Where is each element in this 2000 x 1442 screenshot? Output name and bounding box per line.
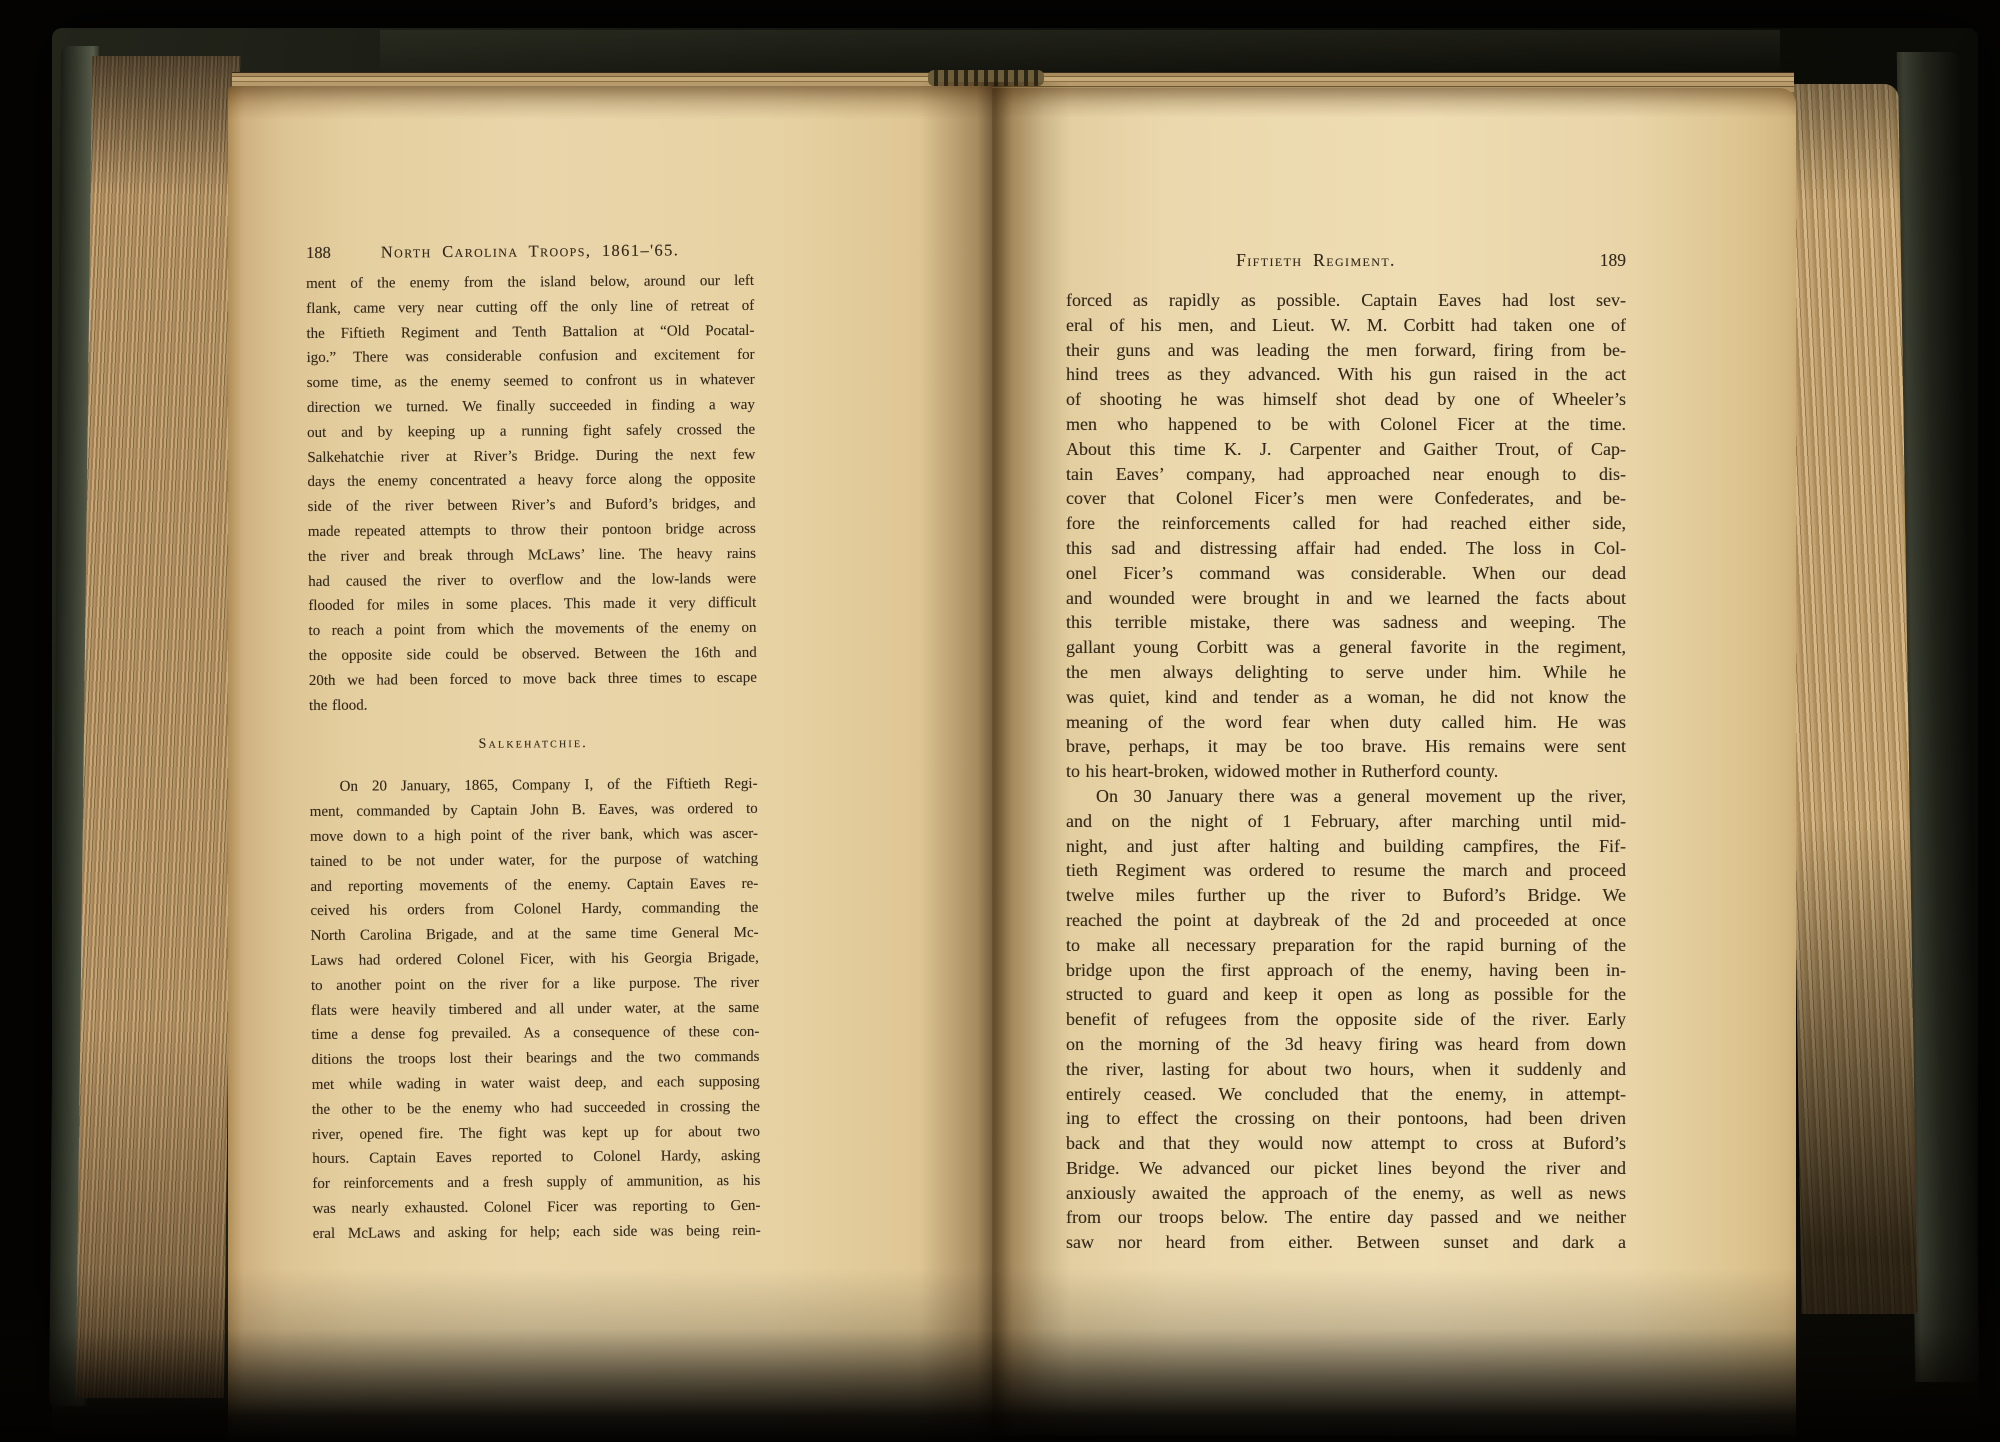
text-line: bridge upon the first approach of the en…: [1066, 958, 1626, 983]
left-running-header: 188 North Carolina Troops, 1861–'65.: [306, 240, 754, 267]
text-line: the flood.: [309, 690, 757, 718]
text-line: direction we turned. We finally succeede…: [307, 393, 755, 421]
text-line: night, and just after halting and buildi…: [1066, 834, 1626, 859]
right-page-body: forced as rapidly as possible. Captain E…: [1066, 288, 1626, 1255]
text-line: reached the point at daybreak of the 2d …: [1066, 908, 1626, 933]
text-line: hours. Captain Eaves reported to Colonel…: [312, 1144, 760, 1172]
text-line: 20th we had been forced to move back thr…: [309, 666, 757, 694]
text-line: On 20 January, 1865, Company I, of the F…: [310, 772, 758, 800]
text-line: ment, commanded by Captain John B. Eaves…: [310, 797, 758, 825]
text-line: About this time K. J. Carpenter and Gait…: [1066, 437, 1626, 462]
text-line: the opposite side could be observed. Bet…: [309, 641, 757, 669]
page-edges-left: [76, 56, 240, 1398]
paragraph: On 30 January there was a general moveme…: [1066, 784, 1626, 1255]
text-line: time a dense fog prevailed. As a consequ…: [311, 1020, 759, 1048]
text-line: the men always delighting to serve under…: [1066, 660, 1626, 685]
text-line: and wounded were brought in and we learn…: [1066, 586, 1626, 611]
text-line: the river, lasting for about two hours, …: [1066, 1057, 1626, 1082]
text-line: twelve miles further up the river to Buf…: [1066, 883, 1626, 908]
text-line: was quiet, kind and tender as a woman, h…: [1066, 685, 1626, 710]
text-line: made repeated attempts to throw their po…: [308, 517, 756, 545]
text-line: Salkehatchie river at River’s Bridge. Du…: [307, 442, 755, 470]
text-line: was nearly exhausted. Colonel Ficer was …: [312, 1194, 760, 1222]
left-page-body: ment of the enemy from the island below,…: [306, 269, 761, 1247]
text-line: ment of the enemy from the island below,…: [306, 269, 754, 297]
bottom-shadow: [0, 1268, 2000, 1442]
text-line: igo.” There was considerable confusion a…: [307, 343, 755, 371]
text-line: their guns and was leading the men forwa…: [1066, 338, 1626, 363]
text-line: this sad and distressing affair had ende…: [1066, 536, 1626, 561]
text-line: out and by keeping up a running fight sa…: [307, 418, 755, 446]
text-line: met while wading in water waist deep, an…: [312, 1070, 760, 1098]
right-header-title: Fiftieth Regiment.: [1066, 250, 1566, 271]
text-line: fore the reinforcements called for had r…: [1066, 511, 1626, 536]
text-line: brave, perhaps, it may be too brave. His…: [1066, 734, 1626, 759]
left-header-title: North Carolina Troops, 1861–'65.: [306, 240, 754, 263]
text-line: structed to guard and keep it open as lo…: [1066, 982, 1626, 1007]
text-line: the river and break through McLaws’ line…: [308, 542, 756, 570]
text-line: meaning of the word fear when duty calle…: [1066, 710, 1626, 735]
text-line: river, opened fire. The fight was kept u…: [312, 1119, 760, 1147]
text-line: of shooting he was himself shot dead by …: [1066, 387, 1626, 412]
text-line: flank, came very near cutting off the on…: [306, 294, 754, 322]
text-line: onel Ficer’s command was considerable. W…: [1066, 561, 1626, 586]
text-line: to make all necessary preparation for th…: [1066, 933, 1626, 958]
text-line: ceived his orders from Colonel Hardy, co…: [310, 896, 758, 924]
text-line: from our troops below. The entire day pa…: [1066, 1205, 1626, 1230]
text-line: to reach a point from which the movement…: [308, 616, 756, 644]
paragraph: forced as rapidly as possible. Captain E…: [1066, 288, 1626, 784]
text-line: men who happened to be with Colonel Fice…: [1066, 412, 1626, 437]
text-line: Laws had ordered Colonel Ficer, with his…: [311, 946, 759, 974]
text-line: benefit of refugees from the opposite si…: [1066, 1007, 1626, 1032]
text-line: cover that Colonel Ficer’s men were Conf…: [1066, 486, 1626, 511]
text-line: and on the night of 1 February, after ma…: [1066, 809, 1626, 834]
text-line: tain Eaves’ company, had approached near…: [1066, 462, 1626, 487]
text-line: On 30 January there was a general moveme…: [1066, 784, 1626, 809]
text-line: days the enemy concentrated a heavy forc…: [307, 467, 755, 495]
page-edges-right: [1782, 84, 1917, 1314]
text-line: some time, as the enemy seemed to confro…: [307, 368, 755, 396]
text-line: anxiously awaited the approach of the en…: [1066, 1181, 1626, 1206]
text-line: to his heart-broken, widowed mother in R…: [1066, 759, 1626, 784]
text-line: flats were heavily timbered and all unde…: [311, 995, 759, 1023]
text-line: for reinforcements and a fresh supply of…: [312, 1169, 760, 1197]
text-line: entirely ceased. We concluded that the e…: [1066, 1082, 1626, 1107]
text-line: and reporting movements of the enemy. Ca…: [310, 871, 758, 899]
gutter-shadow: [920, 82, 1070, 1442]
paragraph: On 20 January, 1865, Company I, of the F…: [310, 772, 761, 1246]
text-line: gallant young Corbitt was a general favo…: [1066, 635, 1626, 660]
text-line: the Fiftieth Regiment and Tenth Battalio…: [306, 318, 754, 346]
book-spread-photo: { "colors": { "background": "#050403", "…: [0, 0, 2000, 1442]
section-heading: Salkehatchie.: [309, 730, 757, 758]
text-line: forced as rapidly as possible. Captain E…: [1066, 288, 1626, 313]
text-line: ing to effect the crossing on their pont…: [1066, 1106, 1626, 1131]
text-line: hind trees as they advanced. With his gu…: [1066, 362, 1626, 387]
text-line: tained to be not under water, for the pu…: [310, 847, 758, 875]
text-line: ditions the troops lost their bearings a…: [311, 1045, 759, 1073]
text-line: tieth Regiment was ordered to resume the…: [1066, 858, 1626, 883]
text-line: this terrible mistake, there was sadness…: [1066, 610, 1626, 635]
text-line: to another point on the river for a like…: [311, 971, 759, 999]
text-line: side of the river between River’s and Bu…: [308, 492, 756, 520]
text-line: North Carolina Brigade, and at the same …: [311, 921, 759, 949]
text-line: back and that they would now attempt to …: [1066, 1131, 1626, 1156]
text-line: had caused the river to overflow and the…: [308, 566, 756, 594]
right-page-number: 189: [1600, 250, 1626, 271]
text-line: the other to be the enemy who had succee…: [312, 1095, 760, 1123]
text-line: Bridge. We advanced our picket lines bey…: [1066, 1156, 1626, 1181]
right-running-header: Fiftieth Regiment. 189: [1066, 250, 1626, 274]
text-line: move down to a high point of the river b…: [310, 822, 758, 850]
text-line: eral McLaws and asking for help; each si…: [313, 1219, 761, 1247]
paragraph: ment of the enemy from the island below,…: [306, 269, 757, 718]
text-line: saw nor heard from either. Between sunse…: [1066, 1230, 1626, 1255]
text-line: eral of his men, and Lieut. W. M. Corbit…: [1066, 313, 1626, 338]
text-line: flooded for miles in some places. This m…: [308, 591, 756, 619]
text-line: on the morning of the 3d heavy firing wa…: [1066, 1032, 1626, 1057]
